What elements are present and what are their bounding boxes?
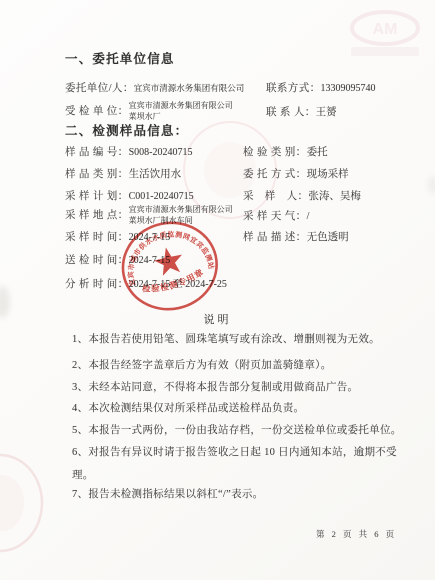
field-label: 采 样 天 气： — [243, 211, 307, 222]
field-sample-type: 样 品 类 别：生活饮用水 — [65, 166, 181, 181]
field-value: 无色透明 — [307, 232, 349, 243]
field-value: 宜宾市清源水务集团有限公司 — [134, 83, 245, 94]
field-client: 委托单位/人：宜宾市清源水务集团有限公司 — [65, 80, 244, 95]
field-label: 采 样 计 划： — [65, 191, 129, 202]
scanned-report-page: AM 一、委托单位信息 委托单位/人：宜宾市清源水务集团有限公司 联系方式：13… — [0, 0, 435, 580]
ghost-stamp-edge-icon — [0, 448, 52, 558]
note-item-6: 6、对报告有异议时请于报告签收之日起 10 日内通知本站，逾期不受理。 — [72, 441, 418, 487]
field-value: / — [307, 211, 310, 222]
note-item-3: 3、未经本站同意，不得将本报告部分复制或用做商品广告。 — [72, 377, 418, 398]
page-number: 第 2 页 共 6 页 — [316, 528, 397, 540]
note-item-5: 5、本报告一式两份，一份由我站存档，一份交送检单位或委托单位。 — [72, 420, 418, 441]
field-value: 生活饮用水 — [129, 169, 182, 180]
star-icon — [152, 244, 186, 276]
field-value: C001-20240715 — [129, 191, 194, 202]
note-item-1: 1、本报告若使用铅笔、圆珠笔填写或有涂改、增删则视为无效。 — [72, 329, 418, 350]
red-seal-stamp: 宜宾市城市供水水质监测网宜宾监测站 检验检测专用章 — [109, 208, 231, 325]
svg-text:检验检测专用章: 检验检测专用章 — [139, 266, 207, 297]
note-item-4: 4、本次检测结果仅对所采样品或送检样品负责。 — [72, 398, 418, 419]
field-value: 张涛、吴梅 — [308, 191, 361, 202]
watermark-logo-icon: AM — [348, 9, 422, 61]
field-sample-id: 样 品 编 号：S008-20240715 — [65, 144, 192, 159]
field-value: 宜宾市清源水务集团有限公司 菜坝水厂 — [129, 101, 233, 122]
field-label: 样 品 描 述： — [243, 232, 307, 243]
field-label: 委 托 方 式： — [243, 169, 307, 180]
scanner-app-watermark: AM — [348, 9, 422, 61]
field-label: 联系方式： — [266, 83, 321, 94]
field-label: 样 品 类 别： — [65, 169, 129, 180]
field-value: S008-20240715 — [129, 147, 193, 158]
stamp-band-text: 检验检测专用章 — [139, 266, 207, 297]
field-sampling-weather: 采 样 天 气：/ — [243, 208, 309, 223]
stamp-icon: 宜宾市城市供水水质监测网宜宾监测站 检验检测专用章 — [109, 208, 231, 325]
field-value: 13309095740 — [321, 83, 376, 94]
field-label: 委托单位/人： — [65, 83, 134, 94]
field-value: 委托 — [307, 147, 328, 158]
field-label: 采 样 人： — [243, 191, 308, 202]
field-contact: 联系方式：13309095740 — [266, 80, 376, 95]
note-item-2: 2、本报告经签字盖章后方为有效（附页加盖骑缝章）。 — [72, 355, 418, 376]
field-label: 联 系 人： — [266, 107, 316, 118]
field-label: 样 品 编 号： — [65, 147, 129, 158]
scan-smudge — [428, 176, 435, 194]
field-label: 受 检 单 位： — [65, 106, 129, 117]
field-inspected-unit: 受 检 单 位：宜宾市清源水务集团有限公司 菜坝水厂 — [65, 101, 233, 122]
watermark-logo-text: AM — [373, 21, 398, 38]
field-value: 王赟 — [316, 107, 337, 118]
notes-title: 说明 — [0, 311, 435, 327]
field-sample-description: 样 品 描 述：无色透明 — [243, 229, 349, 244]
section-title-client-info: 一、委托单位信息 — [65, 49, 175, 67]
field-value: 现场采样 — [307, 169, 349, 180]
note-item-7: 7、报告未检测指标结果以斜杠“/”表示。 — [72, 484, 418, 505]
field-contact-person: 联 系 人：王赟 — [266, 104, 337, 119]
field-commission-mode: 委 托 方 式：现场采样 — [243, 166, 349, 181]
section-title-sample-info: 二、检测样品信息： — [65, 121, 188, 139]
field-label: 采 样 地 点： — [65, 210, 129, 221]
field-samplers: 采 样 人：张涛、吴梅 — [243, 188, 361, 203]
field-label: 检 验 类 别： — [243, 147, 307, 158]
field-test-category: 检 验 类 别：委托 — [243, 144, 328, 159]
field-sampling-plan: 采 样 计 划：C001-20240715 — [65, 188, 194, 203]
